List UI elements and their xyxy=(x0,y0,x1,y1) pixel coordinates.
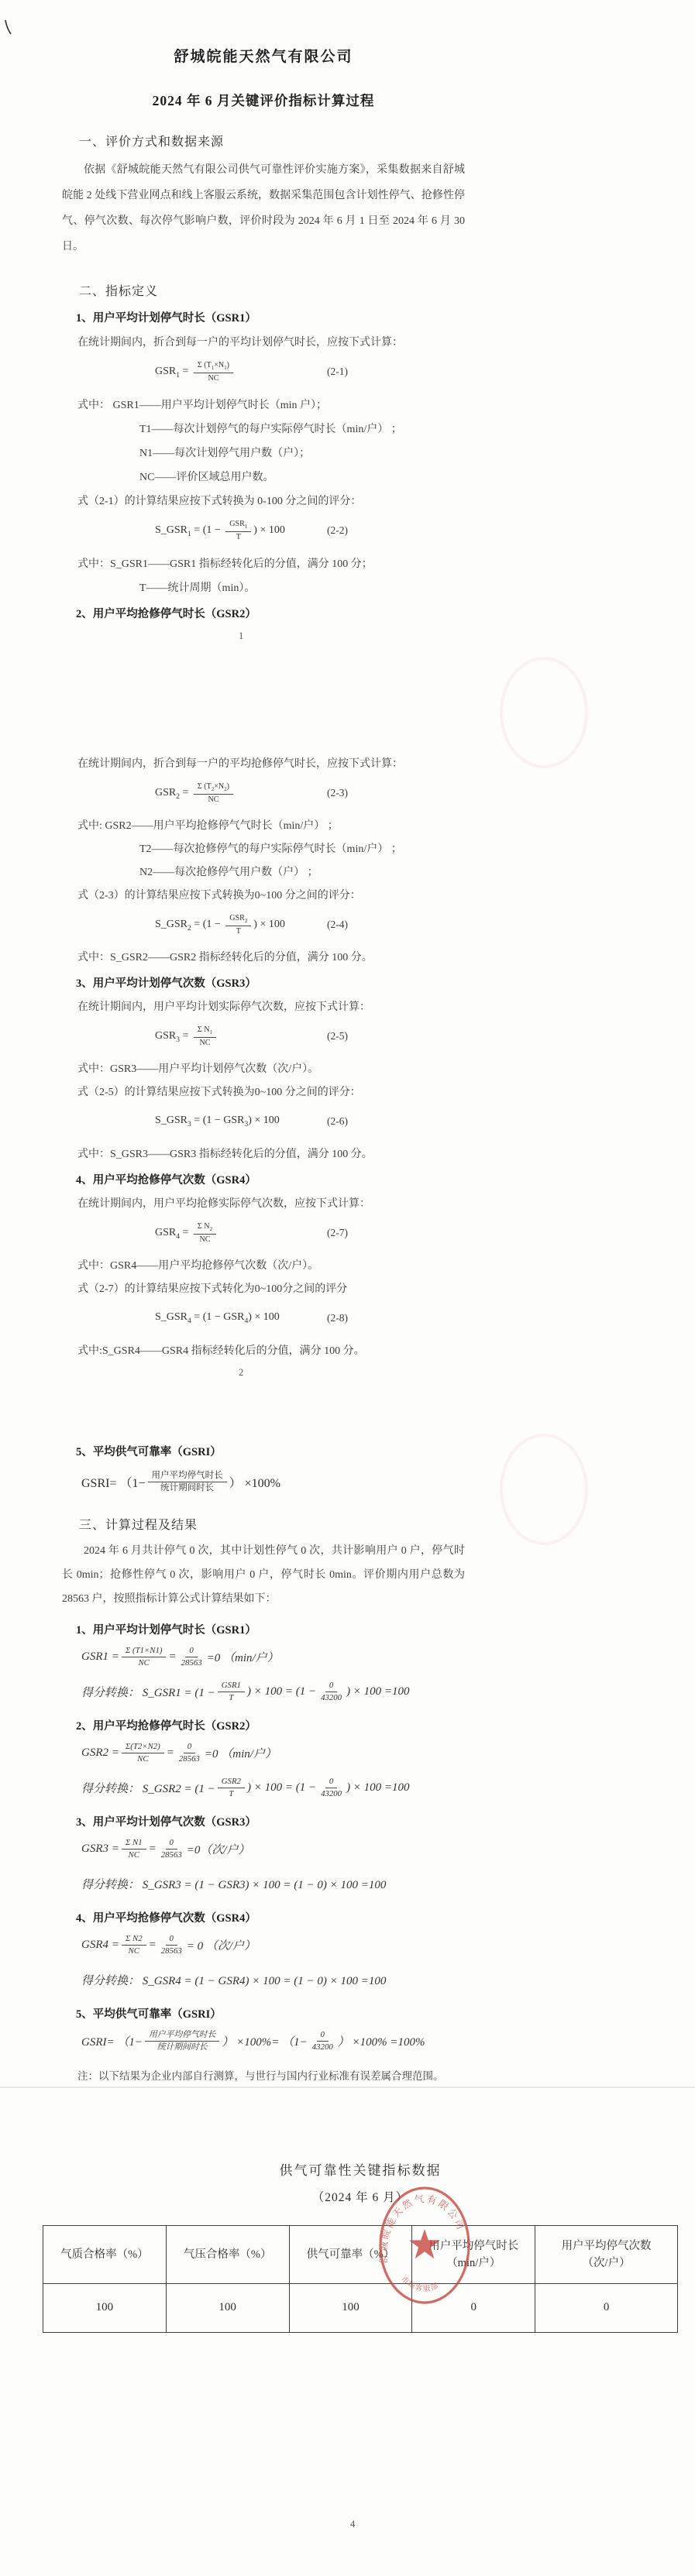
fraction: GSR1T xyxy=(225,519,251,542)
definition-line: 式中：GSR4——用户平均抢修停气次数（次/户）。 xyxy=(77,1257,664,1273)
definition-line: 在统计期间内，用户平均抢修实际停气次数，应按下式计算： xyxy=(77,1195,664,1211)
table-value-cell: 100 xyxy=(166,2284,289,2333)
subscript: 1 xyxy=(224,366,226,371)
definition-line: 式中： GSR1——用户平均计划停气时长（min 户）； xyxy=(77,397,664,412)
definition-line: 在统计期间内，用户平均计划实际停气次数，应按下式计算： xyxy=(77,998,664,1014)
subscript: 4 xyxy=(188,1317,191,1325)
equation-number: (2-1) xyxy=(327,366,348,378)
subscript: 4 xyxy=(176,1233,180,1241)
fraction: 028563 xyxy=(179,1645,205,1668)
subscript: 2 xyxy=(210,1227,212,1232)
table-header-cell: 气质合格率（%） xyxy=(43,2226,167,2284)
section-heading: 一、评价方式和数据来源 xyxy=(79,132,664,149)
definition-line: T1——每次计划停气的每户实际停气时长（min/户） ； xyxy=(139,421,664,436)
definition-line: 式（2-7）的计算结果应按下式转化为0~100分之间的评分 xyxy=(77,1280,664,1296)
fraction: Σ (T1×N1)NC xyxy=(194,360,233,383)
fraction: 用户平均停气时长统计期间时长 xyxy=(145,2029,219,2052)
calculation-line: 得分转换： S_GSR3 = (1 − GSR3) × 100 = (1 − 0… xyxy=(81,1868,664,1899)
table-header-cell: 供气可靠率（%） xyxy=(289,2226,412,2284)
definition-line: 式中: GSR2——用户平均抢修停气气时长（min/户） ； xyxy=(77,817,664,833)
table-title: 供气可靠性关键指标数据 xyxy=(43,2159,678,2179)
table-value-cell: 100 xyxy=(43,2284,167,2333)
fraction: Σ(T2×N2)NC xyxy=(122,1741,164,1764)
definition-line: 式（2-1）的计算结果应按下式转换为 0-100 分之间的评分： xyxy=(77,493,664,508)
definition-line: 式中：S_GSR3——GSR3 指标经转化后的分值，满分 100 分。 xyxy=(77,1145,664,1161)
subscript: 1 xyxy=(176,372,180,380)
fraction: Σ N2NC xyxy=(194,1221,216,1245)
formula-body: S_GSR4 = (1 − GSR4) × 100 xyxy=(155,1311,280,1325)
calculation-line: GSR2 = Σ(T2×N2)NC = 028563 =0 （min/户） xyxy=(81,1737,664,1768)
page-number: 4 xyxy=(350,2519,664,2530)
table-header-cell: 用户平均停气时长（min/户） xyxy=(412,2226,535,2284)
formula-body: GSR3 = Σ N1NC xyxy=(155,1025,218,1048)
fraction: 用户平均停气时长统计期间时长 xyxy=(148,1470,227,1494)
formula-line: GSR3 = Σ N1NC(2-5) xyxy=(155,1020,511,1053)
table-row: 10010010000 xyxy=(43,2284,678,2333)
definition-line: T——统计周期（min）。 xyxy=(139,579,664,595)
formula-line: S_GSR4 = (1 − GSR4) × 100(2-8) xyxy=(155,1302,511,1334)
definition-line: N1——每次计划停气用户数（户）； xyxy=(139,445,664,460)
numbered-subheading: 1、用户平均计划停气时长（GSR1） xyxy=(76,1621,664,1637)
numbered-subheading: 2、用户平均抢修停气时长（GSR2） xyxy=(76,1717,664,1733)
formula-body: S_GSR2 = (1 − GSR2T) × 100 xyxy=(155,913,285,936)
table-header-cell: 气压合格率（%） xyxy=(166,2226,289,2284)
table-value-cell: 0 xyxy=(535,2284,678,2333)
formula-line: GSRI= （1− 用户平均停气时长统计期间时长） ×100% xyxy=(81,1464,664,1499)
document-title: 2024 年 6 月关键评价指标计算过程 xyxy=(62,91,465,110)
formula-line: GSR2 = Σ (T2×N2)NC(2-3) xyxy=(155,777,511,809)
subscript: 3 xyxy=(176,1036,180,1044)
formula-body: GSR4 = Σ N2NC xyxy=(155,1221,218,1245)
formula-body: GSR1 = Σ (T1×N1)NC xyxy=(155,360,236,383)
paragraph: 2024 年 6 月共计停气 0 次，其中计划性停气 0 次，共计影响用户 0 … xyxy=(62,1539,465,1611)
page-number: 2 xyxy=(239,1367,664,1379)
definition-line: 式（2-5）的计算结果应按下式转换为0~100 分之间的评分： xyxy=(77,1084,664,1099)
document-page-2: 在统计期间内，折合到每一户的平均抢修停气时长，应按下式计算：GSR2 = Σ (… xyxy=(0,736,695,1386)
fraction: 028563 xyxy=(159,1933,184,1956)
formula-line: S_GSR1 = (1 − GSR1T) × 100(2-2) xyxy=(155,514,511,547)
definition-line: NC——评价区域总用户数。 xyxy=(139,469,664,484)
definition-line: N2——每次抢修停气用户数（户） ； xyxy=(139,864,664,879)
fraction: 043200 xyxy=(318,1680,344,1702)
fraction: GSR1T xyxy=(218,1680,245,1702)
equation-number: (2-5) xyxy=(327,1030,348,1042)
subscript: 3 xyxy=(188,1121,191,1128)
equation-number: (2-6) xyxy=(327,1115,348,1128)
calculation-line: 得分转换： S_GSR2 = (1 − GSR2T) × 100 = (1 − … xyxy=(81,1772,664,1803)
definition-line: 在统计期间内，折合到每一户的平均计划停气时长，应按下式计算： xyxy=(77,334,664,349)
formula-body: S_GSR1 = (1 − GSR1T) × 100 xyxy=(155,519,285,542)
table-value-cell: 100 xyxy=(289,2284,412,2333)
fraction: Σ N1NC xyxy=(194,1025,216,1048)
document-page-1: 舒城皖能天然气有限公司2024 年 6 月关键评价指标计算过程一、评价方式和数据… xyxy=(0,0,695,736)
section-heading: 三、计算过程及结果 xyxy=(79,1515,664,1533)
document-page-4: 供气可靠性关键指标数据（2024 年 6 月）气质合格率（%）气压合格率（%）供… xyxy=(0,2087,695,2576)
table-header-cell: 用户平均停气次数（次/户） xyxy=(535,2226,678,2284)
subscript: 3 xyxy=(244,1121,248,1128)
calculation-line: 得分转换： S_GSR1 = (1 − GSR1T) × 100 = (1 − … xyxy=(81,1676,664,1707)
formula-body: GSR2 = Σ (T2×N2)NC xyxy=(155,781,236,805)
definition-line: 式中：S_GSR1——GSR1 指标经转化后的分值，满分 100 分； xyxy=(77,555,664,571)
subscript: 1 xyxy=(210,1030,212,1036)
fraction: 028563 xyxy=(159,1837,184,1860)
numbered-subheading: 1、用户平均计划停气时长（GSR1） xyxy=(76,309,664,325)
definition-line: 式中:S_GSR4——GSR4 指标经转化后的分值，满分 100 分。 xyxy=(77,1342,664,1358)
table-subtitle: （2024 年 6 月） xyxy=(43,2188,678,2205)
definition-line: 式（2-3）的计算结果应按下式转换为0~100 分之间的评分： xyxy=(77,887,664,902)
numbered-subheading: 3、用户平均计划停气次数（GSR3） xyxy=(76,1813,664,1829)
scanned-document: 舒城皖能天然气有限公司2024 年 6 月关键评价指标计算过程一、评价方式和数据… xyxy=(0,0,695,2576)
equation-number: (2-7) xyxy=(327,1227,348,1239)
fraction: Σ (T1×N1)NC xyxy=(122,1645,167,1668)
page-number: 1 xyxy=(239,630,664,642)
calculation-line: GSR3 = Σ N1NC = 028563 =0（次/户） xyxy=(81,1833,664,1864)
formula-line: GSR1 = Σ (T1×N1)NC(2-1) xyxy=(155,355,511,388)
subscript: 2 xyxy=(224,787,226,792)
calculation-line: GSR4 = Σ N2NC = 028563 = 0 （次/户） xyxy=(81,1929,664,1960)
note-line: 注：以下结果为企业内部自行测算，与世行与国内行业标准有误差属合理范围。 xyxy=(77,2067,664,2083)
subscript: 1 xyxy=(212,366,214,371)
numbered-subheading: 4、用户平均抢修停气次数（GSR4） xyxy=(76,1171,664,1187)
formula-line: S_GSR3 = (1 − GSR3) × 100(2-6) xyxy=(155,1105,511,1138)
fraction: GSR2T xyxy=(225,913,251,936)
equation-number: (2-3) xyxy=(327,787,348,799)
equation-number: (2-4) xyxy=(327,919,348,931)
subscript: 2 xyxy=(188,925,191,933)
subscript: 2 xyxy=(245,919,247,924)
kpi-table: 气质合格率（%）气压合格率（%）供气可靠率（%）用户平均停气时长（min/户）用… xyxy=(43,2225,678,2333)
document-page-3: 5、平均供气可靠率（GSRI）GSRI= （1− 用户平均停气时长统计期间时长）… xyxy=(0,1386,695,2087)
numbered-subheading: 3、用户平均计划停气次数（GSR3） xyxy=(76,974,664,991)
definition-line: T2——每次抢修停气的每户实际停气时长（min/户） ； xyxy=(139,840,664,856)
numbered-subheading: 4、用户平均抢修停气次数（GSR4） xyxy=(76,1909,664,1925)
fraction: 043200 xyxy=(310,2029,335,2052)
subscript: 2 xyxy=(176,793,180,801)
section-heading: 二、指标定义 xyxy=(79,281,664,299)
paragraph: 依据《舒城皖能天然气有限公司供气可靠性评价实施方案》，采集数据来自舒城皖能 2 … xyxy=(62,157,465,259)
subscript: 1 xyxy=(188,531,191,538)
subscript: 2 xyxy=(212,787,214,792)
definition-line: 式中：GSR3——用户平均计划停气次数（次/户）。 xyxy=(77,1060,664,1076)
fraction: 028563 xyxy=(177,1741,202,1764)
subscript: 1 xyxy=(245,524,247,530)
definition-line: 在统计期间内，折合到每一户的平均抢修停气时长，应按下式计算： xyxy=(77,755,664,771)
equation-number: (2-2) xyxy=(327,524,348,537)
formula-body: S_GSR3 = (1 − GSR3) × 100 xyxy=(155,1115,280,1128)
equation-number: (2-8) xyxy=(327,1312,348,1324)
subscript: 4 xyxy=(244,1317,248,1325)
fraction: GSR2T xyxy=(218,1776,245,1798)
fraction: Σ (T2×N2)NC xyxy=(194,781,233,805)
numbered-subheading: 5、平均供气可靠率（GSRI） xyxy=(76,1443,664,1459)
fraction: 043200 xyxy=(318,1776,344,1798)
numbered-subheading: 5、平均供气可靠率（GSRI） xyxy=(76,2005,664,2021)
numbered-subheading: 2、用户平均抢修停气时长（GSR2） xyxy=(76,605,664,621)
formula-line: S_GSR2 = (1 − GSR2T) × 100(2-4) xyxy=(155,908,511,941)
calculation-line: 得分转换： S_GSR4 = (1 − GSR4) × 100 = (1 − 0… xyxy=(81,1964,664,1995)
company-title: 舒城皖能天然气有限公司 xyxy=(62,45,465,66)
formula-line: GSR4 = Σ N2NC(2-7) xyxy=(155,1217,511,1249)
calculation-line: GSR1 = Σ (T1×N1)NC = 028563 =0 （min/户） xyxy=(81,1641,664,1672)
table-value-cell: 0 xyxy=(412,2284,535,2333)
fraction: Σ N2NC xyxy=(122,1933,146,1956)
definition-line: 式中：S_GSR2——GSR2 指标经转化后的分值，满分 100 分。 xyxy=(77,949,664,964)
calculation-line: GSRI= （1− 用户平均停气时长统计期间时长） ×100%= （1− 043… xyxy=(81,2025,664,2056)
fraction: Σ N1NC xyxy=(122,1837,146,1860)
